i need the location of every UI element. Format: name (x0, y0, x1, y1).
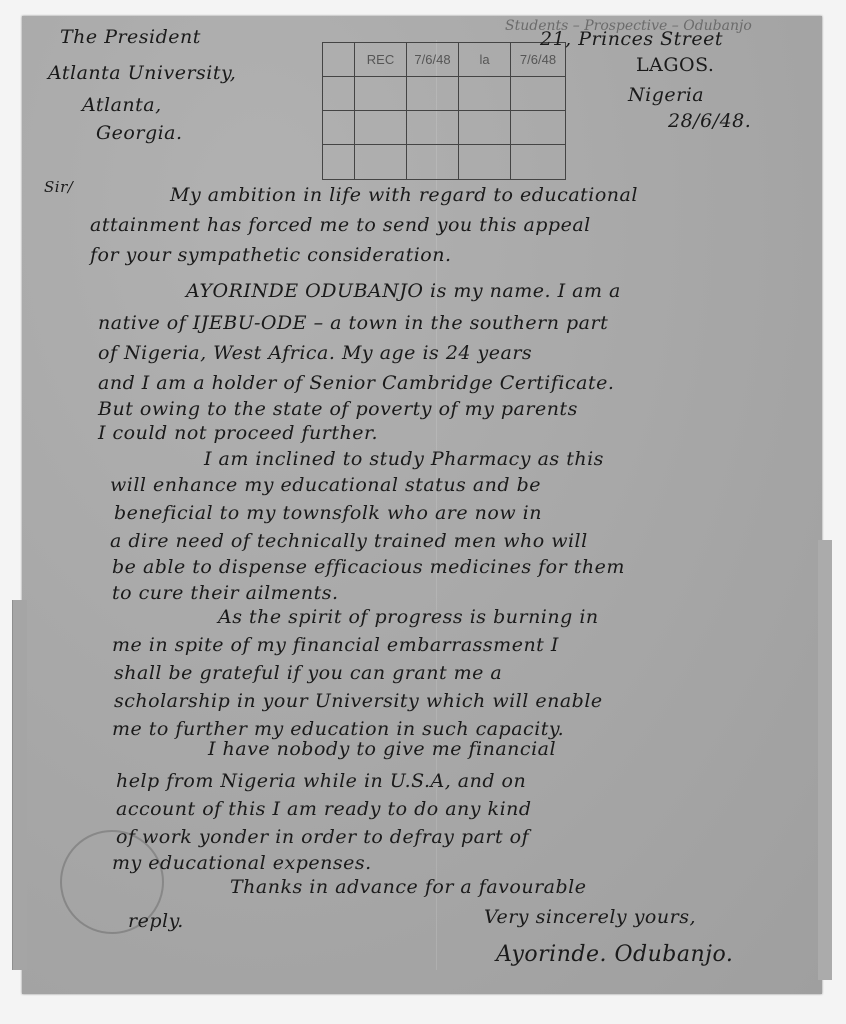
body-line: help from Nigeria while in U.S.A, and on (116, 770, 526, 792)
stamp-initials: la (459, 43, 511, 77)
closing: Very sincerely yours, (484, 906, 696, 928)
sender-country: Nigeria (628, 84, 704, 106)
body-line: I am inclined to study Pharmacy as this (204, 448, 604, 470)
body-line: to cure their ailments. (112, 582, 339, 604)
letter-date: 28/6/48. (668, 110, 751, 132)
body-line: As the spirit of progress is burning in (218, 606, 599, 628)
paper-fold-edge (12, 600, 27, 970)
body-line: me to further my education in such capac… (112, 718, 564, 740)
body-line: I have nobody to give me financial (208, 738, 556, 760)
body-line: But owing to the state of poverty of my … (98, 398, 578, 420)
body-line: my educational expenses. (112, 852, 372, 874)
body-line: of Nigeria, West Africa. My age is 24 ye… (98, 342, 532, 364)
body-line: and I am a holder of Senior Cambridge Ce… (98, 372, 614, 394)
body-line: be able to dispense efficacious medicine… (112, 556, 625, 578)
body-line: a dire need of technically trained men w… (110, 530, 588, 552)
body-line: reply. (128, 910, 184, 932)
stamp-rec-label: REC (355, 43, 407, 77)
body-line: beneficial to my townsfolk who are now i… (114, 502, 542, 524)
recipient-line-2: Atlanta University, (48, 62, 236, 84)
sender-city: LAGOS. (636, 54, 714, 76)
body-line: scholarship in your University which wil… (114, 690, 603, 712)
signature: Ayorinde. Odubanjo. (496, 942, 733, 967)
body-line: me in spite of my financial embarrassmen… (112, 634, 559, 656)
body-line: shall be grateful if you can grant me a (114, 662, 502, 684)
body-line: I could not proceed further. (98, 422, 378, 444)
salutation: Sir/ (44, 178, 73, 196)
body-line: will enhance my educational status and b… (110, 474, 541, 496)
stamp-date: 7/6/48 (407, 43, 459, 77)
body-line: attainment has forced me to send you thi… (90, 214, 591, 236)
body-line: native of IJEBU-ODE – a town in the sout… (98, 312, 608, 334)
sender-street: 21, Princes Street (540, 28, 723, 50)
body-line: Thanks in advance for a favourable (230, 876, 586, 898)
recipient-line-3: Atlanta, (82, 94, 162, 116)
body-line: My ambition in life with regard to educa… (170, 184, 638, 206)
body-line: for your sympathetic consideration. (90, 244, 452, 266)
recipient-line-4: Georgia. (96, 122, 183, 144)
body-line: AYORINDE ODUBANJO is my name. I am a (186, 280, 621, 302)
paper-right-edge (818, 540, 832, 980)
received-stamp-grid: REC 7/6/48 la 7/6/48 (322, 42, 566, 180)
body-line: account of this I am ready to do any kin… (116, 798, 532, 820)
body-line: of work yonder in order to defray part o… (116, 826, 529, 848)
recipient-line-1: The President (60, 26, 201, 48)
